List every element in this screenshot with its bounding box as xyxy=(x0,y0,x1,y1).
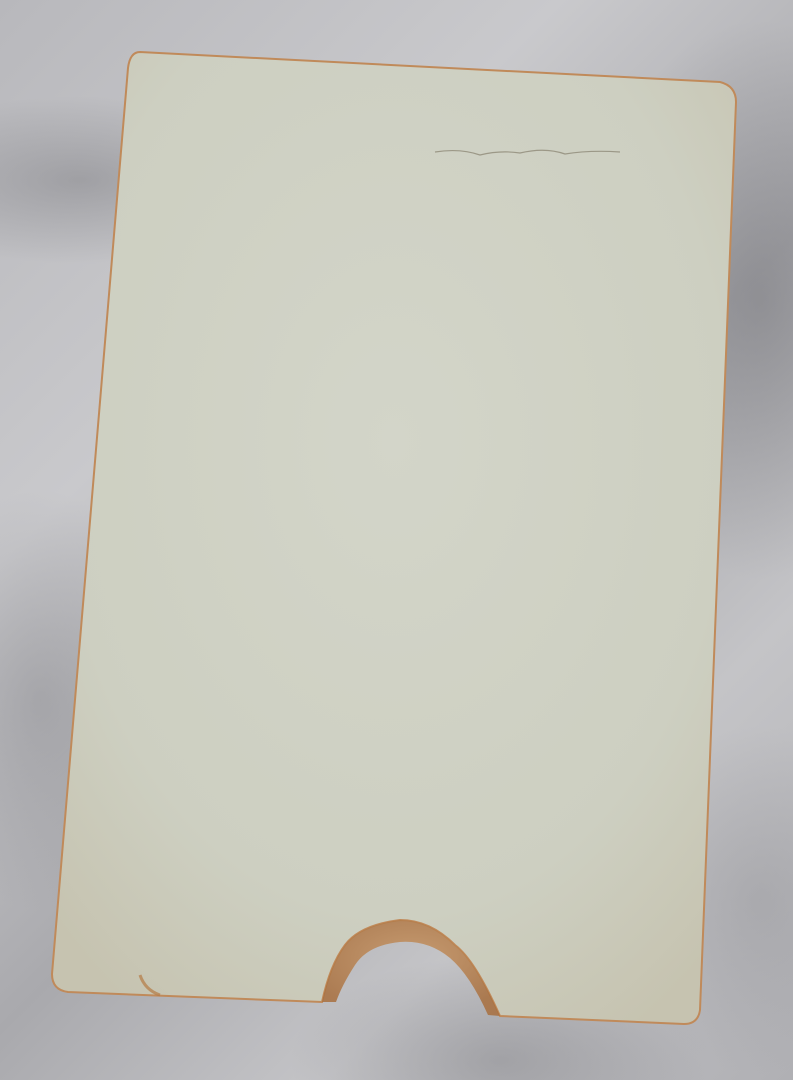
blank-card xyxy=(0,0,793,1080)
marble-background: Aged blank card lying on a grey marble s… xyxy=(0,0,793,1080)
